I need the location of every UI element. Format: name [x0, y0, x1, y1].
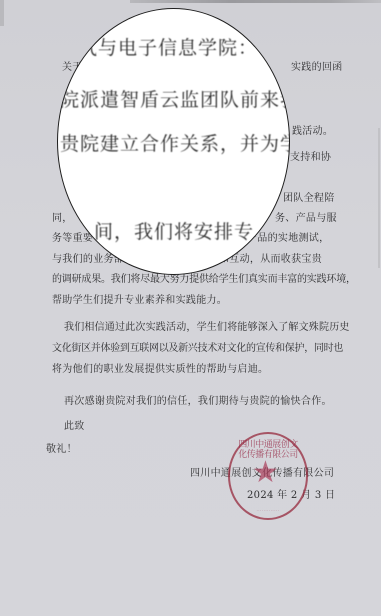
magnifier-lens: 气与电子信息学院： 院派遣智盾云监团队前来我公 贵院建立合作关系，并为学生 间，…: [57, 8, 290, 275]
salutation-line: 敬礼！: [46, 440, 77, 455]
magnified-line: 贵院建立合作关系，并为学生: [60, 129, 290, 156]
body-line: 支持和协: [290, 148, 331, 163]
body-line: 的调研成果。我们将尽最大努力提供给学生们真实而丰富的实践环境，: [52, 270, 356, 285]
body-line: 践活动。: [292, 122, 333, 137]
document-photo: 关于 实践的回函 践活动。 支持和协 团队全程陪 同， 务、产品与服 务等重要 …: [0, 0, 381, 616]
star-icon: ★: [252, 458, 279, 488]
body-line: 将为他们的职业发展提供实质性的帮助与启迪。: [52, 360, 268, 375]
body-line: 再次感谢贵院对我们的信任，我们期待与贵院的愉快合作。: [64, 392, 332, 407]
magnified-line: 气与电子信息学院：: [78, 33, 258, 60]
body-line: 文化街区并体验到互联网以及新兴技术对文化的宣传和保护，同时也: [52, 339, 343, 354]
body-line: 帮助学生们提升专业素养和实践能力。: [52, 291, 227, 306]
body-line: 我们相信通过此次实践活动，学生们将能够深入了解文殊院历史: [64, 318, 350, 333]
body-line: 同，: [52, 209, 73, 224]
closing-line: 此致: [64, 417, 85, 432]
company-seal: 四川中通展创文化传播有限公司 ★ ·············: [228, 432, 308, 520]
seal-serial: ·············: [240, 508, 296, 513]
title-fragment-right: 实践的回函: [291, 58, 343, 73]
magnified-line: 间，我们将安排专: [94, 217, 254, 244]
body-line: 团队全程陪: [283, 189, 335, 204]
magnified-line: 院派遣智盾云监团队前来我公: [60, 85, 290, 112]
body-line: 务、产品与服: [275, 209, 337, 224]
